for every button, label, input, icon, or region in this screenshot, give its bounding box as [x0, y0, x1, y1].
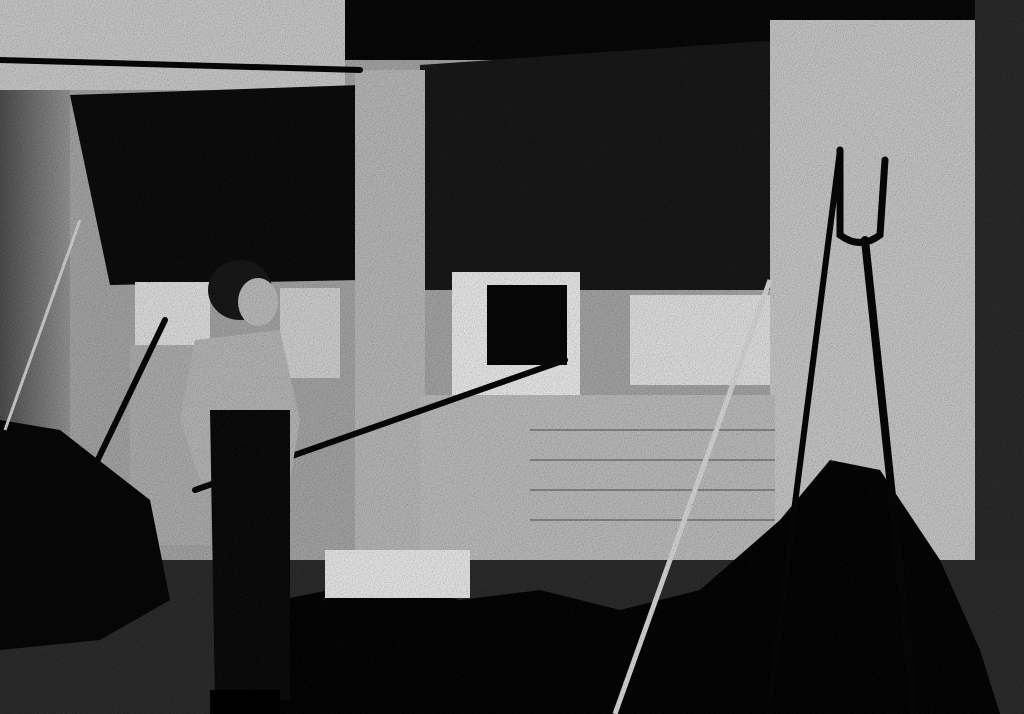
glory-hole-2	[280, 288, 340, 378]
furnace-mouth	[487, 285, 567, 365]
white-block	[325, 550, 470, 598]
upper-left-wall	[0, 0, 345, 90]
furnace-crown-right	[420, 40, 780, 290]
furnace-crown-left	[70, 85, 360, 285]
furnace-photograph: Black-and-white historical photograph of…	[0, 0, 1024, 714]
pillar-center	[355, 70, 425, 550]
photo-scene	[0, 0, 1024, 714]
